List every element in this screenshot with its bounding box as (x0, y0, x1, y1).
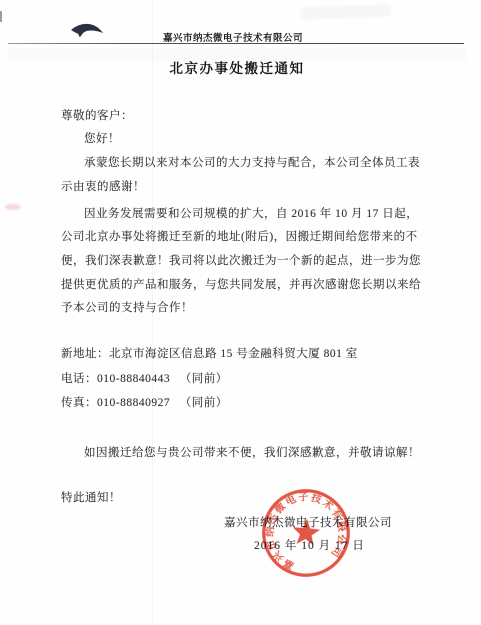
body-line: 示由衷的感谢！ (61, 178, 145, 194)
body-line: 提供更优质的产品和服务，与您共同发展，并再次感谢您长期以来给 (61, 276, 421, 292)
header-divider (8, 43, 464, 44)
header-company-name: 嘉兴市纳杰微电子技术有限公司 (63, 30, 403, 44)
body-line: 承蒙您长期以来对本公司的大力支持与配合，本公司全体员工表 (84, 154, 420, 170)
body-line: 公司北京办事处将搬迁至新的地址(附后)，因搬迁期间给您带来的不 (61, 228, 418, 244)
body-line: 予本公司的支持与合作！ (61, 299, 193, 315)
body-line: 便，我们深表歉意！我司将以此次搬迁为一个新的起点，进一步为您 (61, 252, 421, 268)
closing-line: 特此通知！ (61, 489, 121, 505)
scan-smudge (300, 4, 392, 19)
scan-edge-mark (0, 11, 2, 22)
phone-line: 电话：010-88840443 （同前） (61, 370, 228, 386)
document-title: 北京办事处搬迁通知 (0, 57, 474, 77)
apology-line: 如因搬迁给您与贵公司带来不便，我们深感歉意，并敬请谅解！ (84, 444, 420, 460)
scan-smudge-pink (5, 204, 21, 210)
body-line: 因业务发展需要和公司规模的扩大，自 2016 年 10 月 17 日起， (84, 205, 418, 221)
address-line: 新地址：北京市海淀区信息路 15 号金融科贸大厦 801 室 (61, 345, 358, 361)
company-seal: 嘉兴市纳杰微电子技术有限公司 (254, 481, 358, 585)
salutation-line: 尊敬的客户： (61, 107, 133, 123)
scanned-letter-page: 嘉兴市纳杰微电子技术有限公司 北京办事处搬迁通知 尊敬的客户： 您好！ 承蒙您长… (0, 0, 481, 625)
seal-star-icon (291, 517, 321, 545)
greeting-line: 您好！ (84, 130, 120, 146)
fax-line: 传真：010-88840927 （同前） (61, 394, 228, 410)
